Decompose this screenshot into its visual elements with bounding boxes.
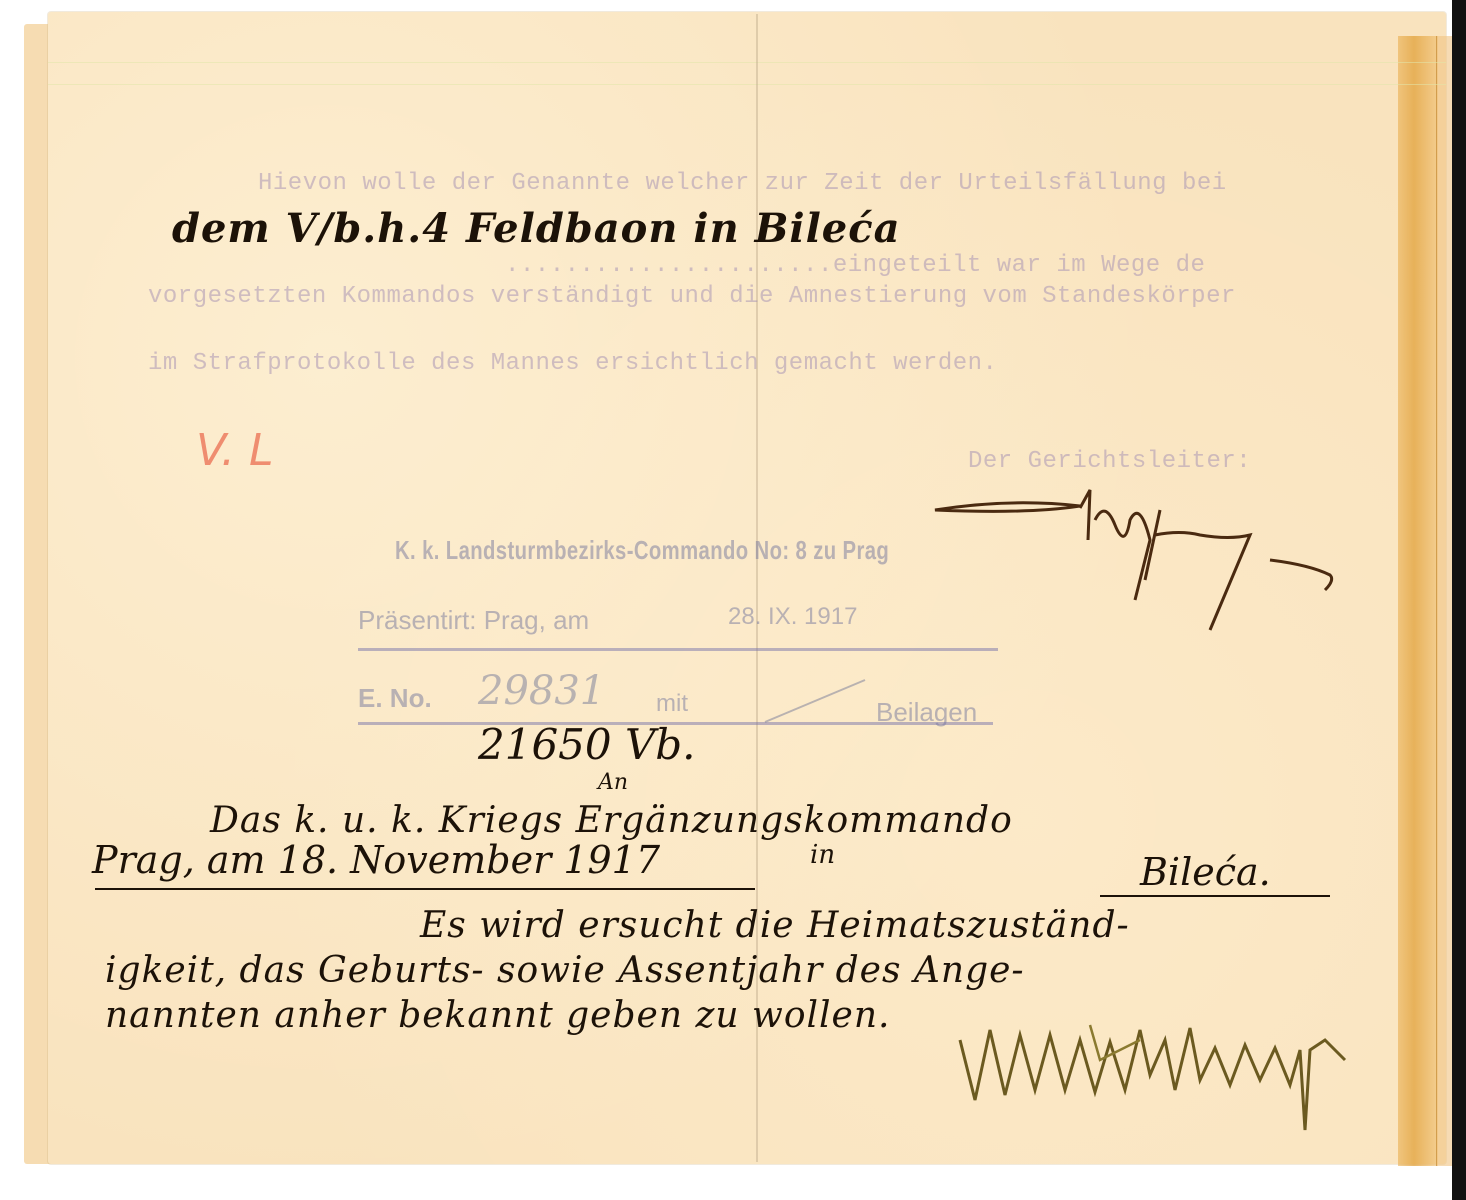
stamp-header: K. k. Landsturmbezirks-Commando No: 8 zu… bbox=[395, 535, 889, 566]
stamp-with-label: mit bbox=[656, 690, 688, 718]
stamp-presented-label: Präsentirt: Prag, am bbox=[358, 605, 589, 636]
signature-label: Der Gerichtsleiter: bbox=[968, 448, 1251, 475]
scan-border bbox=[1452, 0, 1466, 1200]
addressee-place: Bileća. bbox=[1140, 850, 1271, 894]
ruled-line bbox=[48, 62, 1446, 63]
typed-line-3: vorgesetzten Kommandos verständigt und d… bbox=[148, 283, 1236, 310]
stamp-divider bbox=[358, 648, 998, 651]
dateline-underline bbox=[95, 888, 755, 890]
body-line-2: igkeit, das Geburts- sowie Assentjahr de… bbox=[105, 950, 1025, 991]
addressee-line-1: Das k. u. k. Kriegs Ergänzungskommando bbox=[210, 800, 1013, 841]
stamp-presented-date: 28. IX. 1917 bbox=[728, 603, 857, 631]
dateline: Prag, am 18. November 1917 bbox=[92, 838, 660, 882]
body-line-1: Es wird ersucht die Heimatszuständ- bbox=[420, 905, 1130, 946]
place-underline bbox=[1100, 895, 1330, 897]
addressee-connector: in bbox=[810, 840, 835, 870]
reference-number: 21650 Vb. bbox=[478, 720, 696, 769]
typed-line-2: ......................eingeteilt war im … bbox=[505, 252, 1205, 279]
glue-stain bbox=[1398, 36, 1438, 1166]
red-pencil-initials: V. L bbox=[196, 425, 274, 476]
typed-line-4: im Strafprotokolle des Mannes ersichtlic… bbox=[148, 350, 997, 377]
typed-line-1: Hievon wolle der Genannte welcher zur Ze… bbox=[258, 170, 1227, 197]
addressee-salutation: An bbox=[598, 770, 628, 795]
body-line-3: nannten anher bekannt geben zu wollen. bbox=[105, 995, 891, 1036]
paper-edge-stain bbox=[1436, 36, 1453, 1166]
court-leader-signature bbox=[930, 480, 1350, 640]
ruled-line bbox=[48, 84, 1446, 85]
stamp-number-label: E. No. bbox=[358, 683, 432, 714]
handwritten-unit-insert: dem V/b.h.4 Feldbaon in Bileća bbox=[172, 205, 901, 252]
commander-signature bbox=[950, 1020, 1390, 1150]
stamp-number-value: 29831 bbox=[478, 668, 605, 714]
